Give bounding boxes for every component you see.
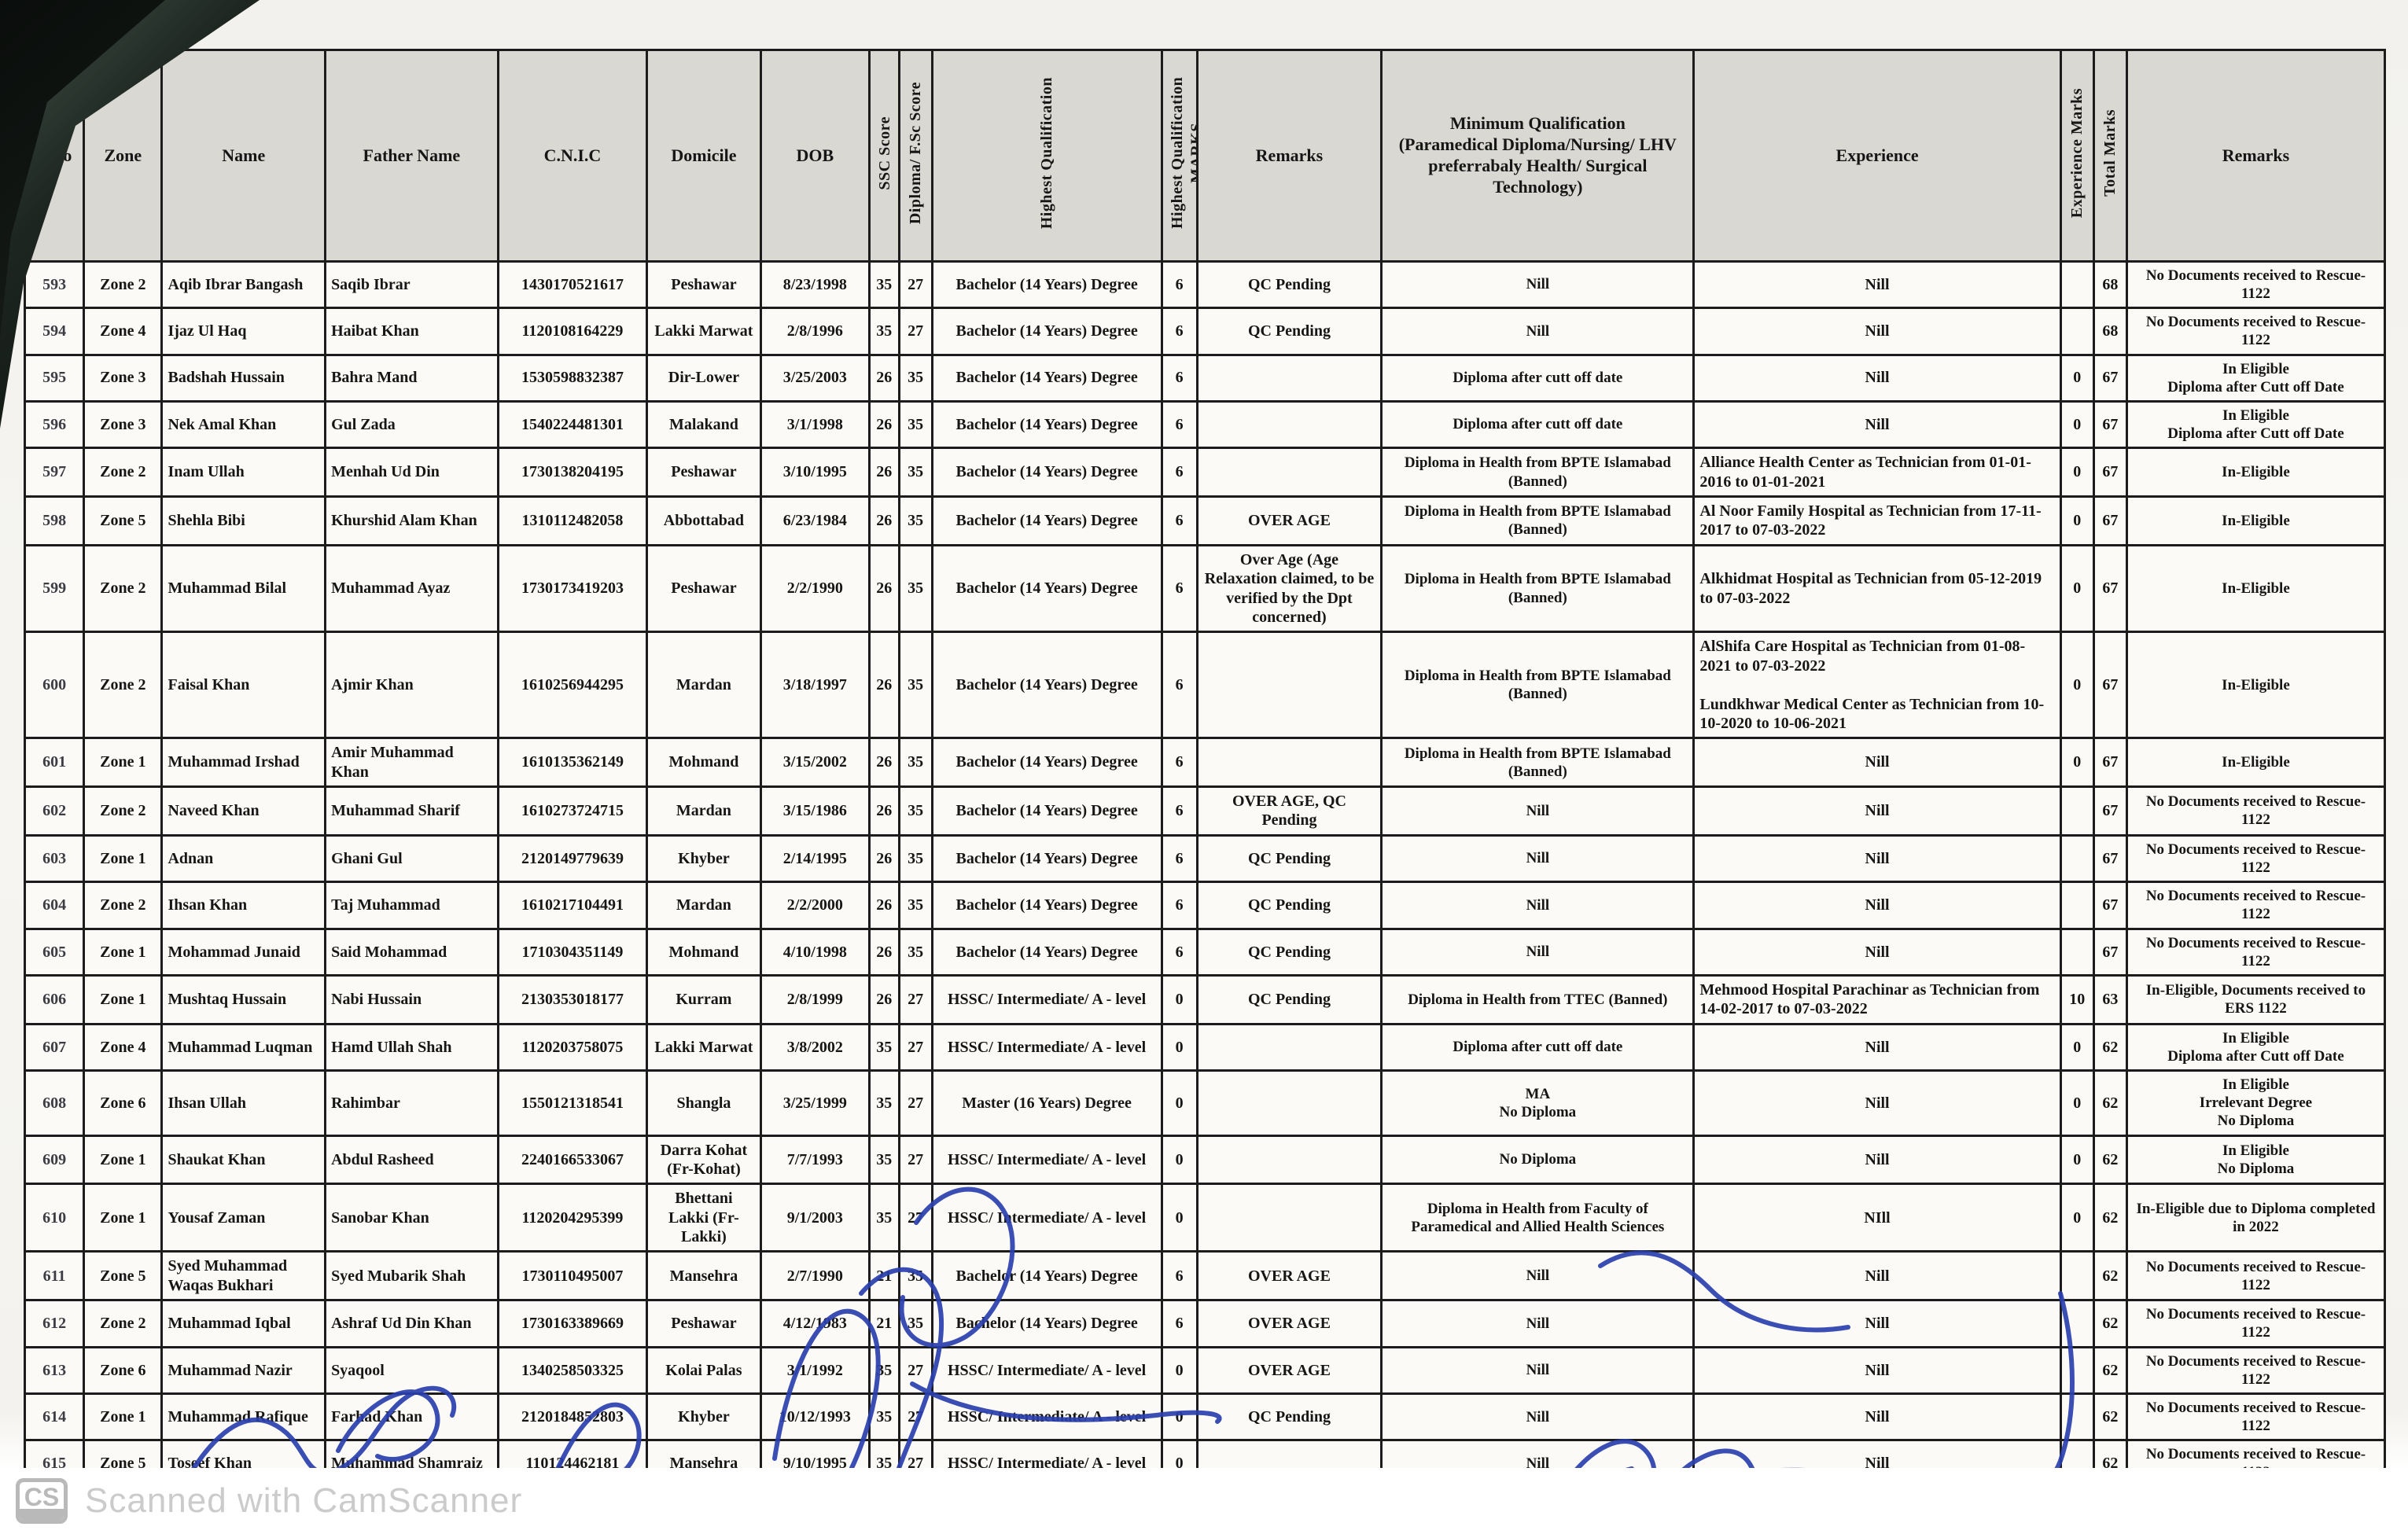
- cell-highest-qualification-marks: 6: [1162, 882, 1197, 929]
- cell-highest-qualification-marks: 6: [1162, 787, 1197, 836]
- camscanner-logo-icon: CS: [16, 1478, 68, 1524]
- cell-total-marks: 67: [2093, 355, 2126, 401]
- cell-serial-number: 596: [25, 401, 84, 447]
- cell-name: Faisal Khan: [162, 632, 326, 738]
- cell-name: Shaukat Khan: [162, 1135, 326, 1184]
- cell-diploma-fsc-score: 27: [899, 1071, 932, 1136]
- camscanner-caption: Scanned with CamScanner: [85, 1481, 522, 1521]
- cell-domicile: Mardan: [647, 632, 760, 738]
- cell-minimum-qualification: Diploma in Health from BPTE Islamabad (B…: [1382, 632, 1694, 738]
- col-header-father-name: Father Name: [326, 50, 499, 262]
- cell-final-remarks: In-Eligible, Documents received to ERS 1…: [2126, 975, 2384, 1024]
- cell-highest-qualification-marks: 6: [1162, 632, 1197, 738]
- cell-total-marks: 67: [2093, 882, 2126, 929]
- cell-cnic: 2240166533067: [498, 1135, 647, 1184]
- cell-father-name: Syed Mubarik Shah: [326, 1252, 499, 1300]
- cell-experience-marks: 0: [2060, 545, 2093, 632]
- cell-diploma-fsc-score: 27: [899, 1393, 932, 1440]
- cell-father-name: Rahimbar: [326, 1071, 499, 1136]
- table-row: 603 Zone 1 Adnan Ghani Gul 2120149779639…: [25, 835, 2385, 881]
- cell-dob: 8/23/1998: [760, 261, 869, 307]
- cell-minimum-qualification: No Diploma: [1382, 1135, 1694, 1184]
- table-row: 610 Zone 1 Yousaf Zaman Sanobar Khan 112…: [25, 1184, 2385, 1252]
- cell-minimum-qualification: Nill: [1382, 835, 1694, 881]
- cell-experience-marks: 0: [2060, 1071, 2093, 1136]
- cell-highest-qualification: HSSC/ Intermediate/ A - level: [932, 1347, 1162, 1393]
- cell-remarks: [1197, 1135, 1382, 1184]
- cell-dob: 2/8/1996: [760, 308, 869, 355]
- cell-ssc-score: 26: [870, 975, 900, 1024]
- cell-experience-marks: 0: [2060, 738, 2093, 787]
- cell-highest-qualification-marks: 6: [1162, 1252, 1197, 1300]
- cell-zone: Zone 1: [84, 1135, 162, 1184]
- cell-final-remarks: In-Eligible due to Diploma completed in …: [2126, 1184, 2384, 1252]
- cell-ssc-score: 26: [870, 496, 900, 545]
- cell-father-name: Muhammad Ayaz: [326, 545, 499, 632]
- cell-total-marks: 62: [2093, 1184, 2126, 1252]
- cell-dob: 3/25/1999: [760, 1071, 869, 1136]
- cell-serial-number: 594: [25, 308, 84, 355]
- cell-highest-qualification-marks: 6: [1162, 835, 1197, 881]
- cell-diploma-fsc-score: 35: [899, 738, 932, 787]
- cell-highest-qualification: Bachelor (14 Years) Degree: [932, 401, 1162, 447]
- cell-highest-qualification: Bachelor (14 Years) Degree: [932, 308, 1162, 355]
- cell-diploma-fsc-score: 35: [899, 1252, 932, 1300]
- cell-final-remarks: No Documents received to Rescue-1122: [2126, 261, 2384, 307]
- cell-experience: Nill: [1694, 787, 2060, 836]
- cell-remarks: [1197, 1024, 1382, 1070]
- cell-zone: Zone 5: [84, 496, 162, 545]
- cell-father-name: Menhah Ud Din: [326, 448, 499, 497]
- cell-diploma-fsc-score: 35: [899, 401, 932, 447]
- cell-total-marks: 62: [2093, 1347, 2126, 1393]
- col-header-name: Name: [162, 50, 326, 262]
- cell-domicile: Malakand: [647, 401, 760, 447]
- cell-zone: Zone 2: [84, 448, 162, 497]
- cell-cnic: 1610217104491: [498, 882, 647, 929]
- cell-name: Muhammad Rafique: [162, 1393, 326, 1440]
- cell-cnic: 1120108164229: [498, 308, 647, 355]
- table-row: 606 Zone 1 Mushtaq Hussain Nabi Hussain …: [25, 975, 2385, 1024]
- cell-experience-marks: [2060, 308, 2093, 355]
- cell-highest-qualification: Bachelor (14 Years) Degree: [932, 632, 1162, 738]
- cell-experience: Nill: [1694, 401, 2060, 447]
- cell-dob: 3/15/1986: [760, 787, 869, 836]
- cell-highest-qualification: HSSC/ Intermediate/ A - level: [932, 1135, 1162, 1184]
- cell-zone: Zone 3: [84, 355, 162, 401]
- cell-final-remarks: No Documents received to Rescue-1122: [2126, 1393, 2384, 1440]
- cell-zone: Zone 6: [84, 1071, 162, 1136]
- table-row: 604 Zone 2 Ihsan Khan Taj Muhammad 16102…: [25, 882, 2385, 929]
- cell-cnic: 1610273724715: [498, 787, 647, 836]
- cell-dob: 9/1/2003: [760, 1184, 869, 1252]
- cell-dob: 4/10/1998: [760, 929, 869, 975]
- cell-final-remarks: In Eligible Diploma after Cutt off Date: [2126, 355, 2384, 401]
- cell-domicile: Dir-Lower: [647, 355, 760, 401]
- cell-cnic: 1540224481301: [498, 401, 647, 447]
- cell-highest-qualification-marks: 6: [1162, 1300, 1197, 1347]
- cell-cnic: 1530598832387: [498, 355, 647, 401]
- cell-cnic: 1120203758075: [498, 1024, 647, 1070]
- cell-dob: 2/14/1995: [760, 835, 869, 881]
- cell-serial-number: 612: [25, 1300, 84, 1347]
- cell-father-name: Taj Muhammad: [326, 882, 499, 929]
- table-row: 601 Zone 1 Muhammad Irshad Amir Muhammad…: [25, 738, 2385, 787]
- cell-total-marks: 67: [2093, 632, 2126, 738]
- cell-ssc-score: 35: [870, 1347, 900, 1393]
- cell-serial-number: 602: [25, 787, 84, 836]
- cell-total-marks: 67: [2093, 929, 2126, 975]
- cell-ssc-score: 26: [870, 835, 900, 881]
- cell-father-name: Haibat Khan: [326, 308, 499, 355]
- col-header-diploma-fsc-score: Diploma/ F.Sc Score: [899, 50, 932, 262]
- cell-domicile: Peshawar: [647, 261, 760, 307]
- cell-domicile: Mohmand: [647, 929, 760, 975]
- table-row: 594 Zone 4 Ijaz Ul Haq Haibat Khan 11201…: [25, 308, 2385, 355]
- cell-final-remarks: No Documents received to Rescue-1122: [2126, 882, 2384, 929]
- cell-highest-qualification-marks: 6: [1162, 496, 1197, 545]
- cell-zone: Zone 4: [84, 308, 162, 355]
- cell-father-name: Gul Zada: [326, 401, 499, 447]
- cell-highest-qualification: Bachelor (14 Years) Degree: [932, 929, 1162, 975]
- cell-zone: Zone 5: [84, 1252, 162, 1300]
- cell-ssc-score: 26: [870, 401, 900, 447]
- cell-total-marks: 62: [2093, 1135, 2126, 1184]
- cell-ssc-score: 26: [870, 545, 900, 632]
- cell-zone: Zone 1: [84, 929, 162, 975]
- cell-diploma-fsc-score: 27: [899, 1184, 932, 1252]
- cell-zone: Zone 2: [84, 261, 162, 307]
- cell-domicile: Peshawar: [647, 448, 760, 497]
- col-header-minimum-qualification: Minimum Qualification (Paramedical Diplo…: [1382, 50, 1694, 262]
- cell-highest-qualification: Bachelor (14 Years) Degree: [932, 835, 1162, 881]
- cell-zone: Zone 4: [84, 1024, 162, 1070]
- cell-dob: 2/7/1990: [760, 1252, 869, 1300]
- cell-remarks: OVER AGE: [1197, 1252, 1382, 1300]
- cell-diploma-fsc-score: 27: [899, 1347, 932, 1393]
- cell-name: Ihsan Khan: [162, 882, 326, 929]
- cell-highest-qualification: Bachelor (14 Years) Degree: [932, 448, 1162, 497]
- col-header-cnic: C.N.I.C: [498, 50, 647, 262]
- col-header-highest-qualification-marks: Highest Qualification MARKS: [1162, 50, 1197, 262]
- cell-domicile: Kolai Palas: [647, 1347, 760, 1393]
- cell-minimum-qualification: Nill: [1382, 929, 1694, 975]
- cell-highest-qualification: Bachelor (14 Years) Degree: [932, 1300, 1162, 1347]
- cell-experience-marks: 0: [2060, 1135, 2093, 1184]
- cell-domicile: Lakki Marwat: [647, 1024, 760, 1070]
- cell-name: Ihsan Ullah: [162, 1071, 326, 1136]
- col-header-final-remarks: Remarks: [2126, 50, 2384, 262]
- cell-remarks: [1197, 632, 1382, 738]
- cell-experience-marks: [2060, 929, 2093, 975]
- cell-remarks: [1197, 401, 1382, 447]
- cell-highest-qualification-marks: 0: [1162, 1393, 1197, 1440]
- cell-highest-qualification-marks: 6: [1162, 929, 1197, 975]
- cell-highest-qualification-marks: 0: [1162, 1071, 1197, 1136]
- cell-father-name: Ashraf Ud Din Khan: [326, 1300, 499, 1347]
- cell-highest-qualification-marks: 6: [1162, 355, 1197, 401]
- cell-domicile: Kurram: [647, 975, 760, 1024]
- cell-cnic: 1430170521617: [498, 261, 647, 307]
- cell-father-name: Abdul Rasheed: [326, 1135, 499, 1184]
- cell-remarks: OVER AGE: [1197, 1347, 1382, 1393]
- table-row: 608 Zone 6 Ihsan Ullah Rahimbar 15501213…: [25, 1071, 2385, 1136]
- cell-final-remarks: In-Eligible: [2126, 632, 2384, 738]
- cell-dob: 3/15/2002: [760, 738, 869, 787]
- cell-name: Ijaz Ul Haq: [162, 308, 326, 355]
- cell-experience: Nill: [1694, 1300, 2060, 1347]
- cell-experience-marks: 0: [2060, 448, 2093, 497]
- cell-name: Muhammad Nazir: [162, 1347, 326, 1393]
- cell-total-marks: 67: [2093, 545, 2126, 632]
- cell-ssc-score: 26: [870, 355, 900, 401]
- cell-name: Shehla Bibi: [162, 496, 326, 545]
- table-row: 599 Zone 2 Muhammad Bilal Muhammad Ayaz …: [25, 545, 2385, 632]
- cell-minimum-qualification: Nill: [1382, 261, 1694, 307]
- cell-highest-qualification: Bachelor (14 Years) Degree: [932, 787, 1162, 836]
- cell-father-name: Hamd Ullah Shah: [326, 1024, 499, 1070]
- cell-total-marks: 62: [2093, 1300, 2126, 1347]
- cell-experience: Nill: [1694, 1071, 2060, 1136]
- cell-dob: 2/8/1999: [760, 975, 869, 1024]
- cell-highest-qualification: Bachelor (14 Years) Degree: [932, 545, 1162, 632]
- cell-highest-qualification: Bachelor (14 Years) Degree: [932, 355, 1162, 401]
- cell-ssc-score: 26: [870, 929, 900, 975]
- table-row: 609 Zone 1 Shaukat Khan Abdul Rasheed 22…: [25, 1135, 2385, 1184]
- cell-highest-qualification: Bachelor (14 Years) Degree: [932, 496, 1162, 545]
- cell-name: Muhammad Irshad: [162, 738, 326, 787]
- cell-zone: Zone 2: [84, 882, 162, 929]
- cell-domicile: Peshawar: [647, 545, 760, 632]
- cell-experience: Nill: [1694, 929, 2060, 975]
- candidates-table-wrap: S.No Zone Name Father Name C.N.I.C Domic…: [24, 49, 2386, 1488]
- cell-final-remarks: In-Eligible: [2126, 738, 2384, 787]
- cell-experience-marks: 0: [2060, 1184, 2093, 1252]
- cell-diploma-fsc-score: 35: [899, 1300, 932, 1347]
- cell-domicile: Mansehra: [647, 1252, 760, 1300]
- cell-father-name: Syaqool: [326, 1347, 499, 1393]
- table-row: 602 Zone 2 Naveed Khan Muhammad Sharif 1…: [25, 787, 2385, 836]
- cell-diploma-fsc-score: 27: [899, 308, 932, 355]
- cell-experience-marks: [2060, 835, 2093, 881]
- cell-minimum-qualification: Nill: [1382, 308, 1694, 355]
- cell-total-marks: 67: [2093, 448, 2126, 497]
- cell-serial-number: 598: [25, 496, 84, 545]
- cell-name: Adnan: [162, 835, 326, 881]
- cell-serial-number: 603: [25, 835, 84, 881]
- cell-remarks: [1197, 448, 1382, 497]
- cell-final-remarks: In Eligible No Diploma: [2126, 1135, 2384, 1184]
- cell-experience-marks: 0: [2060, 355, 2093, 401]
- cell-cnic: 2120149779639: [498, 835, 647, 881]
- cell-experience: AlShifa Care Hospital as Technician from…: [1694, 632, 2060, 738]
- candidates-table: S.No Zone Name Father Name C.N.I.C Domic…: [24, 49, 2386, 1488]
- cell-experience: Mehmood Hospital Parachinar as Technicia…: [1694, 975, 2060, 1024]
- cell-highest-qualification-marks: 0: [1162, 1024, 1197, 1070]
- cell-zone: Zone 1: [84, 1184, 162, 1252]
- cell-remarks: QC Pending: [1197, 882, 1382, 929]
- cell-cnic: 1610256944295: [498, 632, 647, 738]
- cell-diploma-fsc-score: 35: [899, 882, 932, 929]
- cell-dob: 3/25/2003: [760, 355, 869, 401]
- cell-dob: 2/2/1990: [760, 545, 869, 632]
- cell-total-marks: 62: [2093, 1071, 2126, 1136]
- cell-remarks: QC Pending: [1197, 929, 1382, 975]
- cell-serial-number: 593: [25, 261, 84, 307]
- cell-zone: Zone 1: [84, 1393, 162, 1440]
- cell-remarks: OVER AGE: [1197, 1300, 1382, 1347]
- cell-experience-marks: 0: [2060, 1024, 2093, 1070]
- table-row: 596 Zone 3 Nek Amal Khan Gul Zada 154022…: [25, 401, 2385, 447]
- cell-experience: Nill: [1694, 882, 2060, 929]
- cell-experience-marks: 0: [2060, 496, 2093, 545]
- cell-domicile: Bhettani Lakki (Fr-Lakki): [647, 1184, 760, 1252]
- cell-total-marks: 63: [2093, 975, 2126, 1024]
- table-row: 597 Zone 2 Inam Ullah Menhah Ud Din 1730…: [25, 448, 2385, 497]
- cell-experience: Nill: [1694, 1347, 2060, 1393]
- cell-remarks: QC Pending: [1197, 308, 1382, 355]
- cell-name: Syed Muhammad Waqas Bukhari: [162, 1252, 326, 1300]
- cell-cnic: 1710304351149: [498, 929, 647, 975]
- cell-name: Muhammad Bilal: [162, 545, 326, 632]
- cell-experience: Alliance Health Center as Technician fro…: [1694, 448, 2060, 497]
- cell-cnic: 1730163389669: [498, 1300, 647, 1347]
- cell-diploma-fsc-score: 35: [899, 787, 932, 836]
- cell-domicile: Mohmand: [647, 738, 760, 787]
- table-header-row: S.No Zone Name Father Name C.N.I.C Domic…: [25, 50, 2385, 262]
- cell-name: Mohammad Junaid: [162, 929, 326, 975]
- cell-experience-marks: [2060, 261, 2093, 307]
- cell-diploma-fsc-score: 35: [899, 545, 932, 632]
- cell-minimum-qualification: Nill: [1382, 787, 1694, 836]
- cell-highest-qualification-marks: 6: [1162, 738, 1197, 787]
- cell-domicile: Lakki Marwat: [647, 308, 760, 355]
- cell-minimum-qualification: Diploma after cutt off date: [1382, 355, 1694, 401]
- cell-father-name: Ghani Gul: [326, 835, 499, 881]
- cell-zone: Zone 6: [84, 1347, 162, 1393]
- cell-experience: Nill: [1694, 835, 2060, 881]
- cell-serial-number: 595: [25, 355, 84, 401]
- cell-experience: Nill: [1694, 261, 2060, 307]
- table-row: 611 Zone 5 Syed Muhammad Waqas Bukhari S…: [25, 1252, 2385, 1300]
- table-row: 605 Zone 1 Mohammad Junaid Said Mohammad…: [25, 929, 2385, 975]
- table-row: 612 Zone 2 Muhammad Iqbal Ashraf Ud Din …: [25, 1300, 2385, 1347]
- cell-final-remarks: In Eligible Diploma after Cutt off Date: [2126, 401, 2384, 447]
- cell-diploma-fsc-score: 35: [899, 929, 932, 975]
- cell-highest-qualification-marks: 6: [1162, 401, 1197, 447]
- table-row: 598 Zone 5 Shehla Bibi Khurshid Alam Kha…: [25, 496, 2385, 545]
- cell-experience: Nill: [1694, 1252, 2060, 1300]
- cell-total-marks: 62: [2093, 1024, 2126, 1070]
- cell-father-name: Khurshid Alam Khan: [326, 496, 499, 545]
- cell-diploma-fsc-score: 35: [899, 632, 932, 738]
- cell-highest-qualification-marks: 0: [1162, 1184, 1197, 1252]
- cell-experience: Nill: [1694, 1024, 2060, 1070]
- cell-minimum-qualification: Nill: [1382, 1347, 1694, 1393]
- cell-experience: NIll: [1694, 1184, 2060, 1252]
- cell-highest-qualification: HSSC/ Intermediate/ A - level: [932, 1024, 1162, 1070]
- cell-diploma-fsc-score: 27: [899, 1135, 932, 1184]
- cell-highest-qualification: Bachelor (14 Years) Degree: [932, 738, 1162, 787]
- cell-total-marks: 68: [2093, 308, 2126, 355]
- cell-minimum-qualification: Diploma after cutt off date: [1382, 401, 1694, 447]
- cell-minimum-qualification: Nill: [1382, 882, 1694, 929]
- cell-zone: Zone 1: [84, 835, 162, 881]
- cell-dob: 7/7/1993: [760, 1135, 869, 1184]
- cell-experience-marks: [2060, 1300, 2093, 1347]
- cell-remarks: QC Pending: [1197, 261, 1382, 307]
- cell-experience-marks: 0: [2060, 632, 2093, 738]
- cell-final-remarks: In-Eligible: [2126, 545, 2384, 632]
- cell-dob: 2/2/2000: [760, 882, 869, 929]
- cell-minimum-qualification: Nill: [1382, 1252, 1694, 1300]
- cell-minimum-qualification: Nill: [1382, 1300, 1694, 1347]
- cell-ssc-score: 35: [870, 1071, 900, 1136]
- cell-diploma-fsc-score: 35: [899, 835, 932, 881]
- cell-remarks: OVER AGE: [1197, 496, 1382, 545]
- cell-ssc-score: 21: [870, 1252, 900, 1300]
- cell-domicile: Peshawar: [647, 1300, 760, 1347]
- cell-cnic: 2130353018177: [498, 975, 647, 1024]
- cell-zone: Zone 2: [84, 545, 162, 632]
- cell-experience: Al Noor Family Hospital as Technician fr…: [1694, 496, 2060, 545]
- cell-ssc-score: 35: [870, 308, 900, 355]
- table-row: 595 Zone 3 Badshah Hussain Bahra Mand 15…: [25, 355, 2385, 401]
- cell-serial-number: 611: [25, 1252, 84, 1300]
- cell-zone: Zone 1: [84, 975, 162, 1024]
- cell-final-remarks: No Documents received to Rescue-1122: [2126, 1252, 2384, 1300]
- cell-serial-number: 613: [25, 1347, 84, 1393]
- cell-serial-number: 599: [25, 545, 84, 632]
- cell-domicile: Abbottabad: [647, 496, 760, 545]
- cell-serial-number: 597: [25, 448, 84, 497]
- cell-experience-marks: [2060, 1347, 2093, 1393]
- cell-name: Inam Ullah: [162, 448, 326, 497]
- cell-diploma-fsc-score: 27: [899, 261, 932, 307]
- cell-ssc-score: 21: [870, 1300, 900, 1347]
- cell-cnic: 1340258503325: [498, 1347, 647, 1393]
- cell-highest-qualification-marks: 6: [1162, 448, 1197, 497]
- cell-ssc-score: 35: [870, 1184, 900, 1252]
- cell-dob: 3/18/1997: [760, 632, 869, 738]
- cell-ssc-score: 26: [870, 787, 900, 836]
- cell-experience: Nill: [1694, 1393, 2060, 1440]
- cell-diploma-fsc-score: 35: [899, 496, 932, 545]
- cell-father-name: Said Mohammad: [326, 929, 499, 975]
- cell-highest-qualification-marks: 6: [1162, 545, 1197, 632]
- cell-final-remarks: No Documents received to Rescue-1122: [2126, 1347, 2384, 1393]
- cell-cnic: 1310112482058: [498, 496, 647, 545]
- cell-cnic: 1550121318541: [498, 1071, 647, 1136]
- cell-ssc-score: 35: [870, 1393, 900, 1440]
- cell-father-name: Saqib Ibrar: [326, 261, 499, 307]
- col-header-domicile: Domicile: [647, 50, 760, 262]
- cell-father-name: Ajmir Khan: [326, 632, 499, 738]
- cell-final-remarks: No Documents received to Rescue-1122: [2126, 787, 2384, 836]
- cell-ssc-score: 35: [870, 1135, 900, 1184]
- table-row: 613 Zone 6 Muhammad Nazir Syaqool 134025…: [25, 1347, 2385, 1393]
- cell-cnic: 1730138204195: [498, 448, 647, 497]
- cell-domicile: Shangla: [647, 1071, 760, 1136]
- cell-final-remarks: No Documents received to Rescue-1122: [2126, 929, 2384, 975]
- cell-experience: Nill: [1694, 355, 2060, 401]
- cell-highest-qualification-marks: 6: [1162, 308, 1197, 355]
- cell-diploma-fsc-score: 35: [899, 448, 932, 497]
- cell-zone: Zone 1: [84, 738, 162, 787]
- cell-highest-qualification-marks: 6: [1162, 261, 1197, 307]
- cell-highest-qualification: Bachelor (14 Years) Degree: [932, 882, 1162, 929]
- col-header-dob: DOB: [760, 50, 869, 262]
